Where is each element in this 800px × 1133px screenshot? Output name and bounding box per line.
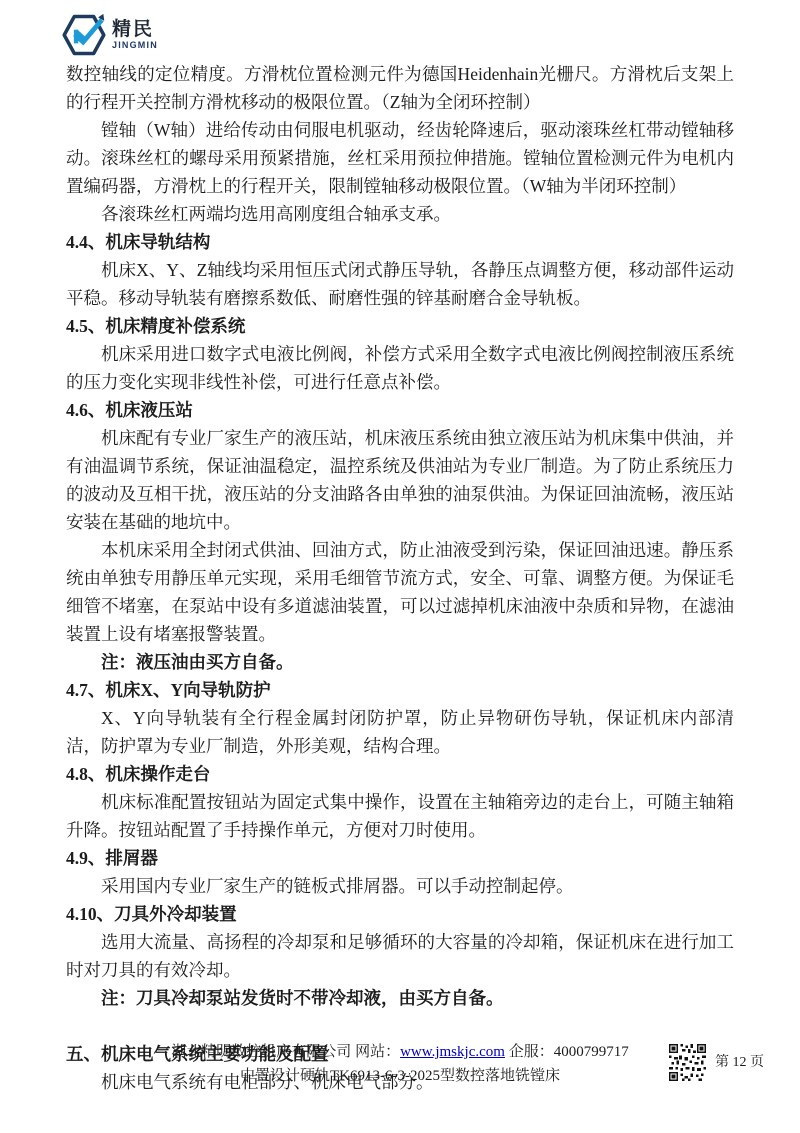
section-heading: 4.6、机床液压站 [66,396,734,424]
qr-code [669,1044,706,1081]
body-paragraph: 镗轴（W轴）进给传动由伺服电机驱动，经齿轮降速后，驱动滚珠丝杠带动镗轴移动。滚珠… [66,116,734,200]
company-name: 湖北精明数控机床有限公司 [171,1044,351,1060]
section-heading: 4.10、刀具外冷却装置 [66,900,734,928]
document-page: 精民 JINGMIN 数控轴线的定位精度。方滑枕位置检测元件为德国Heidenh… [0,0,800,1133]
brand-name-en: JINGMIN [112,41,158,50]
website-link[interactable]: www.jmskjc.com [400,1044,505,1060]
section-heading: 4.8、机床操作走台 [66,760,734,788]
service-label: 企服： [509,1044,554,1060]
section-heading: 4.7、机床X、Y向导轨防护 [66,676,734,704]
body-paragraph: 机床标准配置按钮站为固定式集中操作，设置在主轴箱旁边的走台上，可随主轴箱升降。按… [66,788,734,844]
body-paragraph: 选用大流量、高扬程的冷却泵和足够循环的大容量的冷却箱，保证机床在进行加工时对刀具… [66,928,734,984]
brand-name-cn: 精民 [112,20,158,39]
website-label: 网站： [355,1044,400,1060]
section-heading: 4.4、机床导轨结构 [66,228,734,256]
body-paragraph: 机床采用进口数字式电液比例阀，补偿方式采用全数字式电液比例阀控制液压系统的压力变… [66,340,734,396]
body-paragraph: 机床配有专业厂家生产的液压站，机床液压系统由独立液压站为机床集中供油，并有油温调… [66,424,734,536]
body-paragraph: 本机床采用全封闭式供油、回油方式，防止油液受到污染，保证回油迅速。静压系统由单独… [66,536,734,648]
page-footer: 湖北精明数控机床有限公司 网站：www.jmskjc.com 企服：400079… [0,1040,800,1088]
body-paragraph: 各滚珠丝杠两端均选用高刚度组合轴承支承。 [66,200,734,228]
logo-hexagon-icon [62,13,106,57]
section-heading: 4.9、排屑器 [66,844,734,872]
body-paragraph: 机床X、Y、Z轴线均采用恒压式闭式静压导轨，各静压点调整方便，移动部件运动平稳。… [66,256,734,312]
company-logo: 精民 JINGMIN [62,13,158,57]
note-paragraph: 注：刀具冷却泵站发货时不带冷却液，由买方自备。 [66,984,734,1012]
body-paragraph: 数控轴线的定位精度。方滑枕位置检测元件为德国Heidenhain光栅尺。方滑枕后… [66,60,734,116]
body-paragraph: X、Y向导轨装有全行程金属封闭防护罩，防止异物研伤导轨，保证机床内部清洁，防护罩… [66,704,734,760]
page-number: 第 12 页 [715,1051,764,1075]
section-heading: 4.5、机床精度补偿系统 [66,312,734,340]
document-body: 数控轴线的定位精度。方滑枕位置检测元件为德国Heidenhain光栅尺。方滑枕后… [0,60,800,1096]
body-paragraph: 采用国内专业厂家生产的链板式排屑器。可以手动控制起停。 [66,872,734,900]
note-paragraph: 注：液压油由买方自备。 [66,648,734,676]
blank-line [66,1012,734,1040]
service-phone: 4000799717 [554,1044,629,1060]
